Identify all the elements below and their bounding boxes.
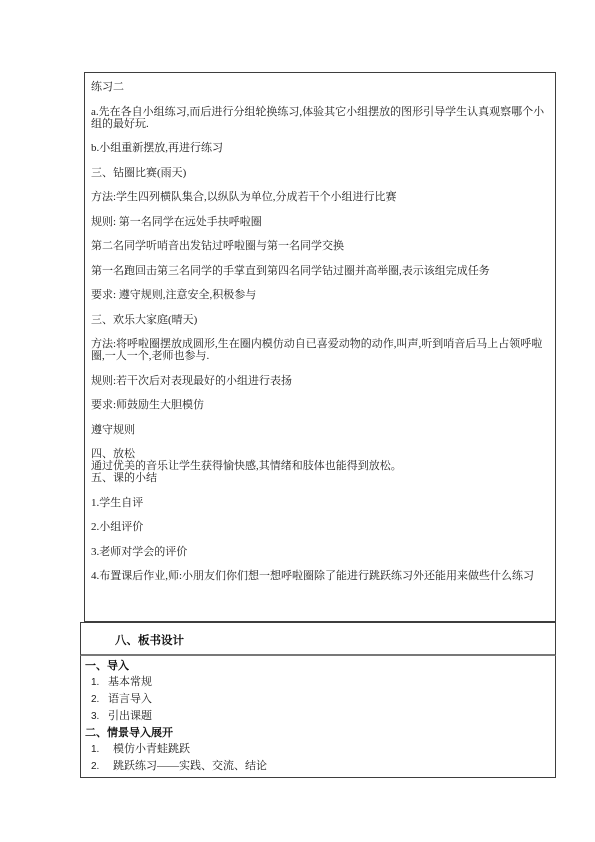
lesson-plan-cell: 练习二 a.先在各自小组练习,而后进行分组轮换练习,体验其它小组摆放的图形引导学… <box>84 72 556 622</box>
item-text: 模仿小青蛙跳跃 <box>103 743 190 755</box>
item-number: 2. <box>91 759 103 775</box>
board-heading-scenario: 二、情景导入展开 <box>85 725 551 741</box>
item-number: 3. <box>91 709 103 725</box>
paragraph-rule-family: 规则:若干次后对表现最好的小组进行表扬 <box>91 375 551 387</box>
paragraph-homework: 4.布置课后作业,师:小朋友们你们想一想呼啦圈除了能进行跳跃练习外还能用来做些什… <box>91 570 551 582</box>
heading-relax: 四、放松 <box>91 448 551 460</box>
paragraph-method-race: 方法:学生四列横队集合,以纵队为单位,分成若干个小组进行比赛 <box>91 191 551 203</box>
paragraph-group-evaluation: 2.小组评价 <box>91 521 551 533</box>
item-text: 引出课题 <box>103 710 152 722</box>
paragraph-method-family: 方法:将呼啦圈摆放成圆形,生在圈内模仿动自已喜爱动物的动作,叫声,听到哨音后马上… <box>91 338 551 362</box>
board-item: 2.跳跃练习——实践、交流、结论 <box>85 758 551 775</box>
board-design-body: 一、导入 1.基本常规 2.语言导入 3.引出课题 二、情景导入展开 1.模仿小… <box>80 656 556 778</box>
item-number: 1. <box>91 675 103 691</box>
paragraph-relax-music: 通过优美的音乐让学生获得愉快感,其情绪和肢体也能得到放松。 <box>91 460 551 472</box>
item-number: 1. <box>91 742 103 758</box>
paragraph-exercise-two: 练习二 <box>91 81 551 93</box>
board-item: 3.引出课题 <box>85 708 551 725</box>
paragraph-rule-first: 规则: 第一名同学在远处手扶呼啦圈 <box>91 216 551 228</box>
heading-hoop-race: 三、钻圈比赛(雨天) <box>91 167 551 179</box>
board-heading-intro: 一、导入 <box>85 658 551 674</box>
paragraph-self-evaluation: 1.学生自评 <box>91 497 551 509</box>
item-text: 语言导入 <box>103 693 152 705</box>
heading-lesson-summary: 五、课的小结 <box>91 472 551 484</box>
paragraph-obey-rules: 遵守规则 <box>91 424 551 436</box>
paragraph-rule-second: 第二名同学听哨音出发钻过呼啦圈与第一名同学交换 <box>91 240 551 252</box>
board-design-title: 八、板书设计 <box>115 632 555 648</box>
board-design-header: 八、板书设计 <box>80 622 556 656</box>
paragraph-b-rearrange: b.小组重新摆放,再进行练习 <box>91 142 551 154</box>
paragraph-requirement-race: 要求: 遵守规则,注意安全,积极参与 <box>91 289 551 301</box>
board-item: 1.模仿小青蛙跳跃 <box>85 741 551 758</box>
paragraph-teacher-evaluation: 3.老师对学会的评价 <box>91 546 551 558</box>
paragraph-rule-third: 第一名跑回击第三名同学的手掌直到第四名同学钻过圈并高举圈,表示该组完成任务 <box>91 265 551 277</box>
paragraph-a-group-practice: a.先在各自小组练习,而后进行分组轮换练习,体验其它小组摆放的图形引导学生认真观… <box>91 106 551 130</box>
item-text: 基本常规 <box>103 676 152 688</box>
item-number: 2. <box>91 692 103 708</box>
document-page: 练习二 a.先在各自小组练习,而后进行分组轮换练习,体验其它小组摆放的图形引导学… <box>0 0 595 842</box>
heading-happy-family: 三、欢乐大家庭(晴天) <box>91 314 551 326</box>
board-item: 1.基本常规 <box>85 674 551 691</box>
board-design-table: 八、板书设计 一、导入 1.基本常规 2.语言导入 3.引出课题 二、情景导入展… <box>80 622 556 778</box>
board-item: 2.语言导入 <box>85 691 551 708</box>
item-text: 跳跃练习——实践、交流、结论 <box>103 760 267 772</box>
paragraph-requirement-family: 要求:师鼓励生大胆模仿 <box>91 399 551 411</box>
